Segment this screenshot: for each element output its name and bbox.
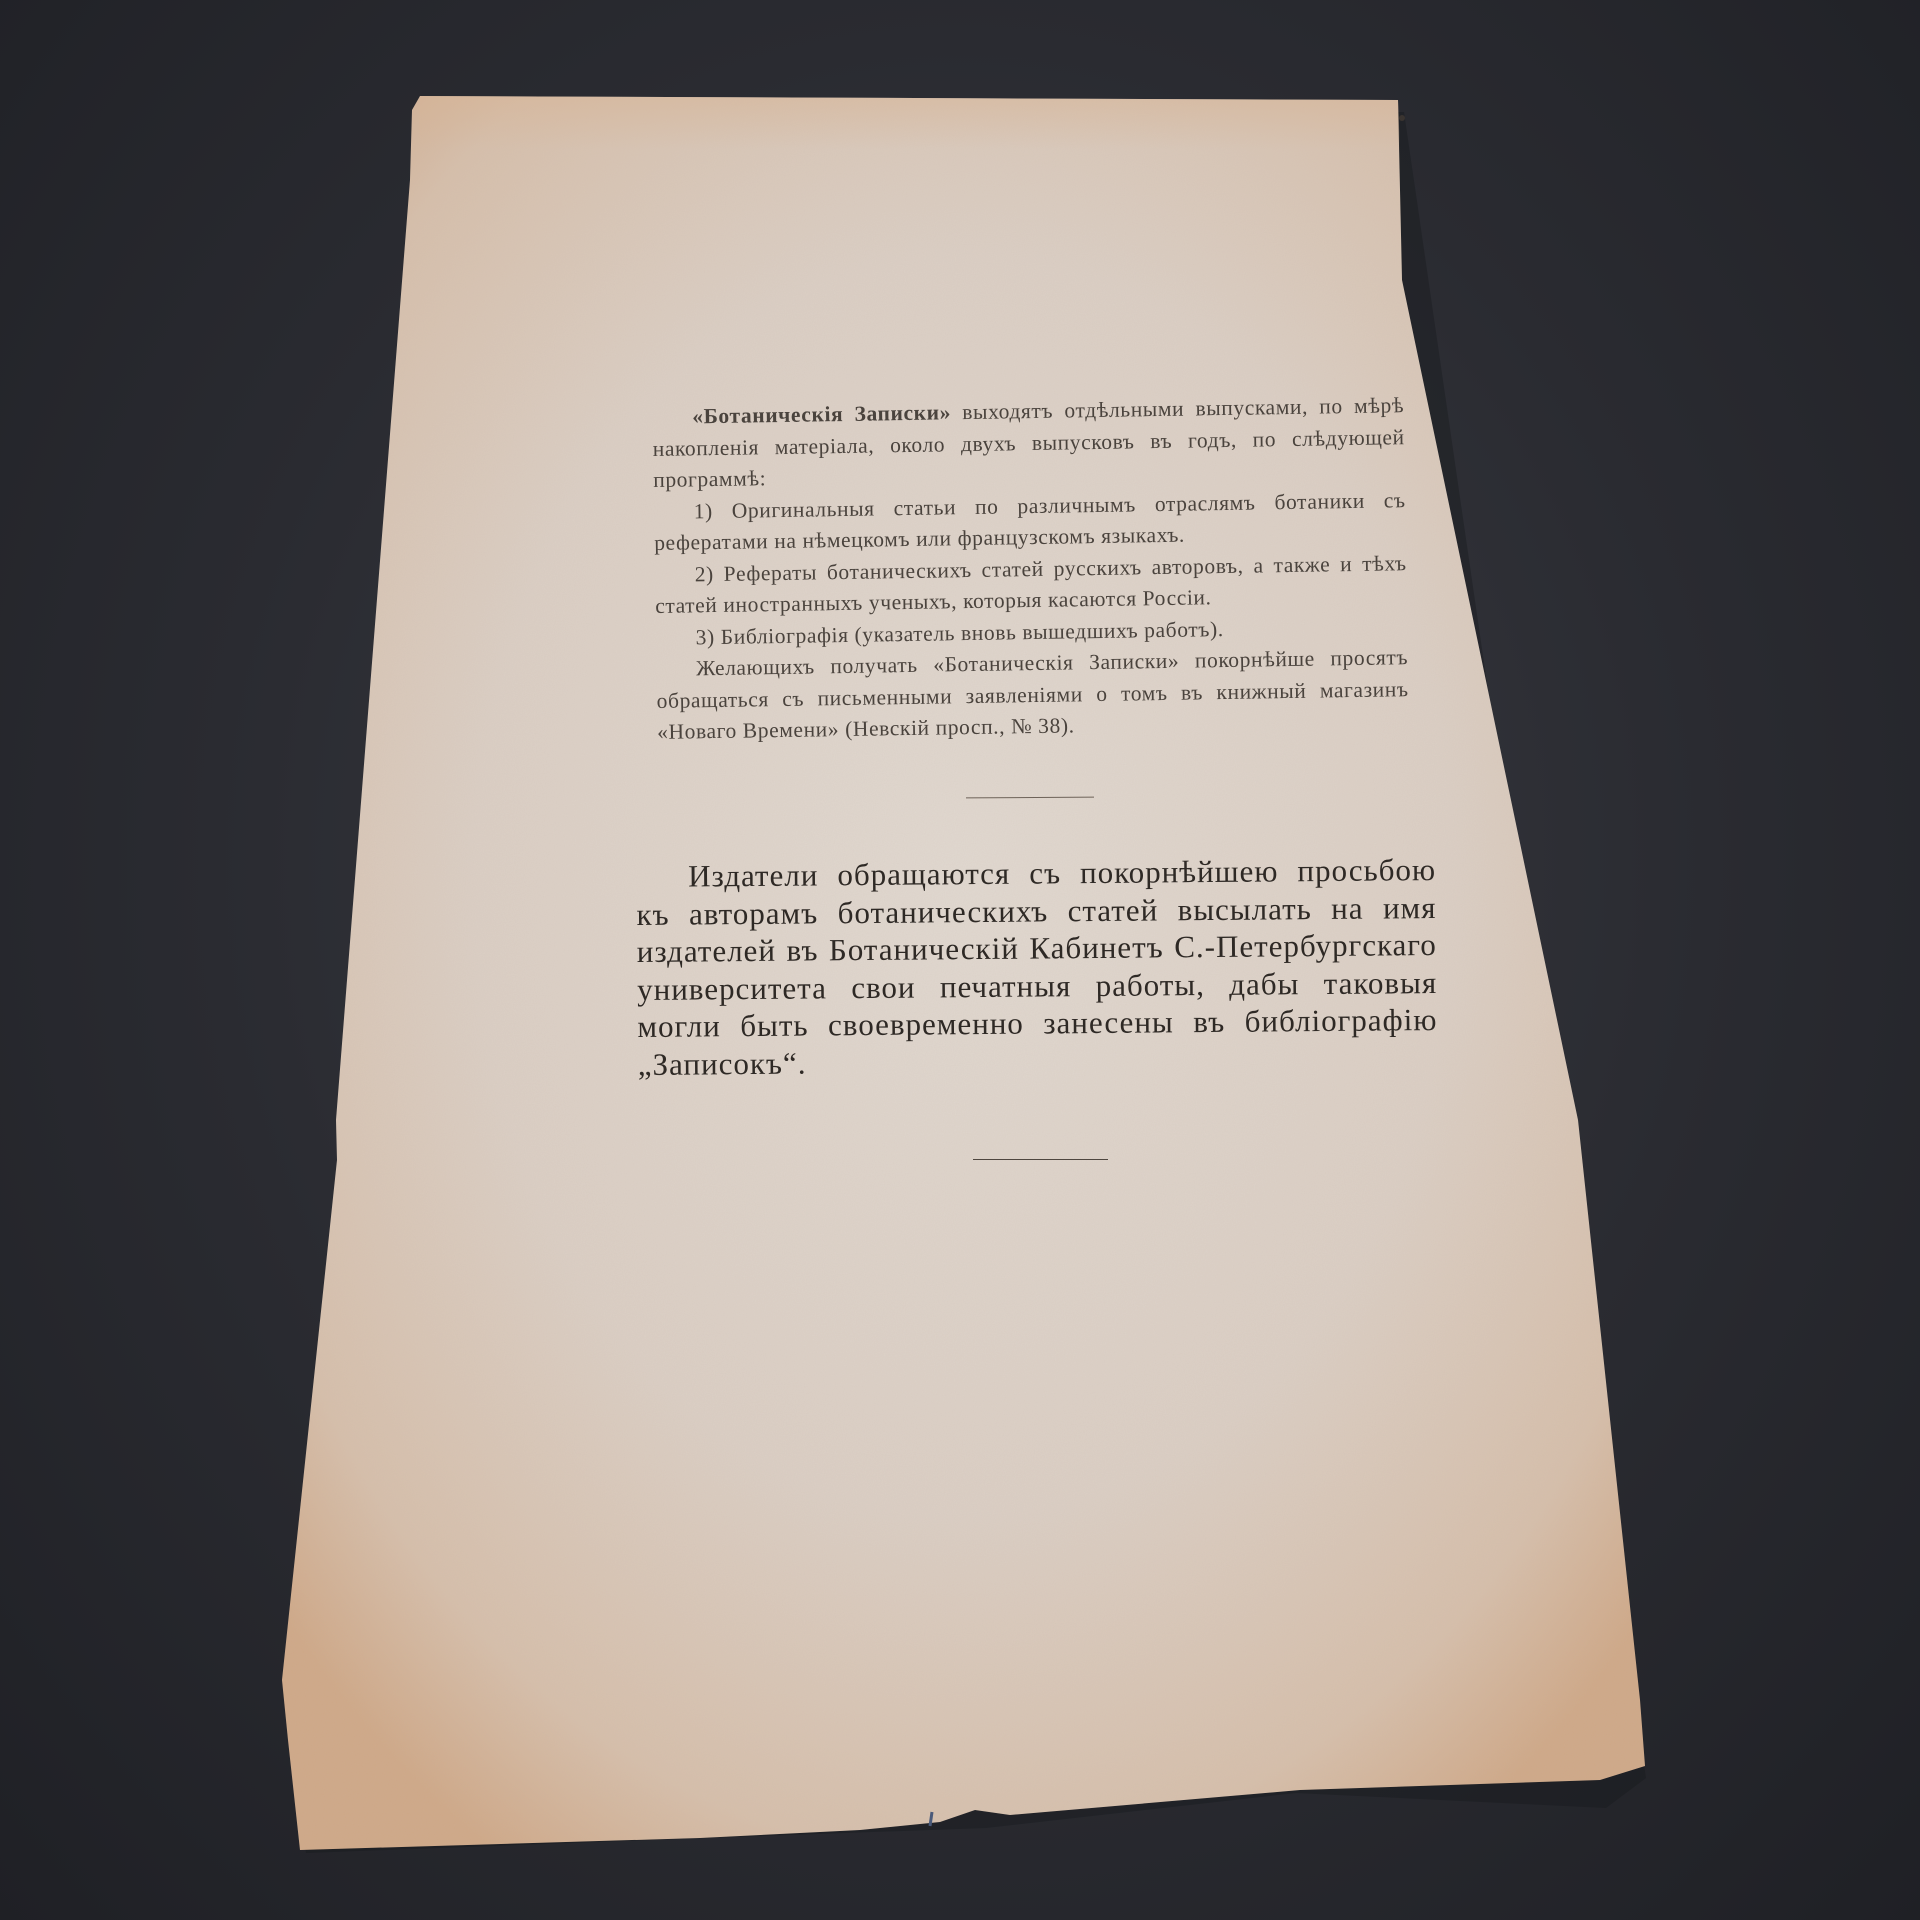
subscription-note: Желающихъ получать «Ботаническія Записки… xyxy=(656,642,1409,748)
intro-paragraph: «Ботаническія Записки» выходятъ отдѣльны… xyxy=(652,390,1405,496)
ink-speck xyxy=(1399,115,1405,121)
program-item-2: 2) Рефераты ботаническихъ статей русских… xyxy=(654,548,1407,623)
publishers-request-block: Издатели обращаются съ покорнѣйшею прось… xyxy=(636,851,1438,1083)
end-divider xyxy=(973,1159,1108,1160)
journal-title: «Ботаническія Записки» xyxy=(692,400,951,428)
journal-notice: «Ботаническія Записки» выходятъ отдѣльны… xyxy=(652,390,1409,748)
ink-mark xyxy=(930,1812,932,1826)
publishers-request: Издатели обращаются съ покорнѣйшею прось… xyxy=(636,851,1438,1083)
program-item-1: 1) Оригинальныя статьи по различнымъ отр… xyxy=(653,485,1406,560)
paper-sheet: «Ботаническія Записки» выходятъ отдѣльны… xyxy=(0,0,1920,1920)
